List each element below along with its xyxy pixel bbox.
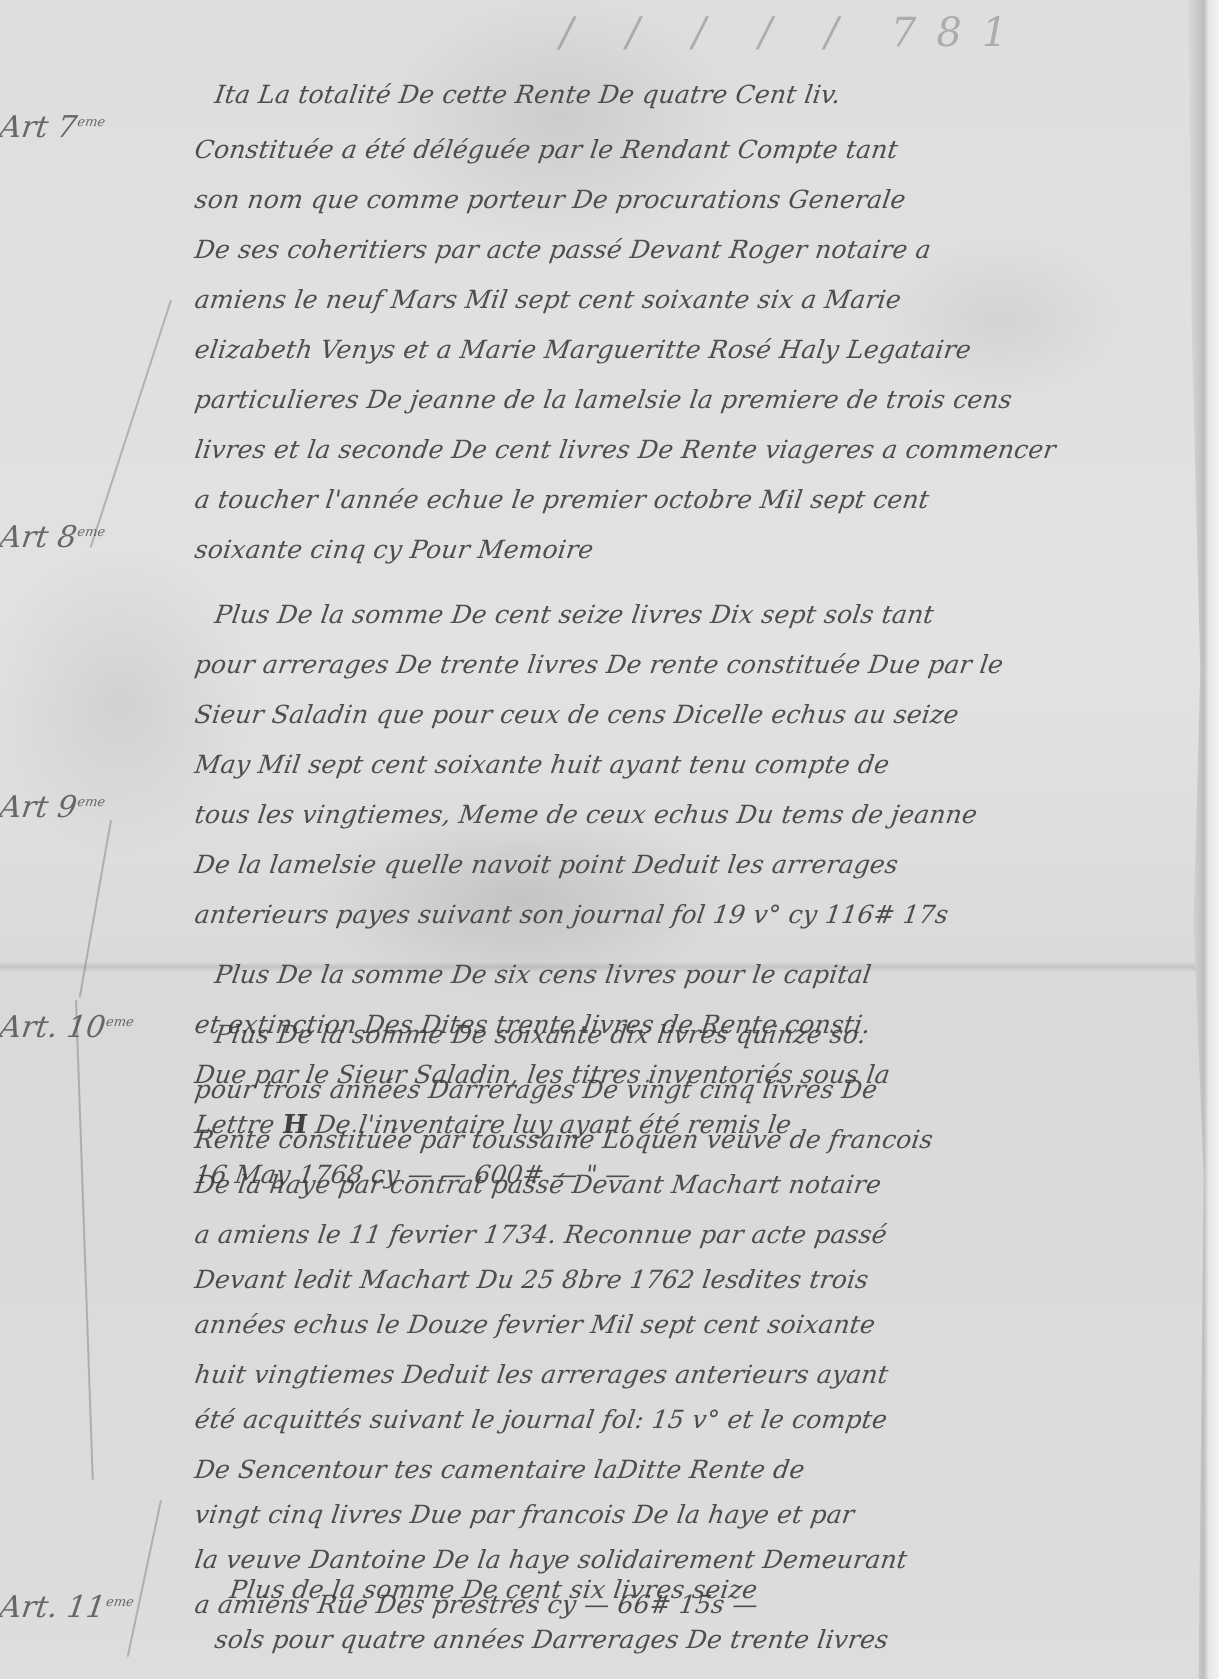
article-10-line: huit vingtiemes Deduit les arrerages ant… [193,1360,890,1389]
article-10-line: a amiens le 11 fevrier 1734. Reconnue pa… [193,1220,889,1249]
pencil-stroke [127,1500,162,1657]
margin-note-sup: eme [76,525,106,540]
article-7-line: Ita La totalité De cette Rente De quatre… [213,80,843,109]
article-7-line: elizabeth Venys et a Marie Margueritte R… [193,335,973,364]
article-11-line: Plus de la somme De cent six livres seiz… [228,1575,759,1604]
margin-note-text: Art 8 [0,520,79,555]
article-8-line: pour arrerages De trente livres De rente… [193,650,1005,679]
article-10-line: été acquittés suivant le journal fol: 15… [193,1405,889,1434]
article-8-line: tous les vingtiemes, Meme de ceux echus … [193,800,979,829]
margin-note-art11: Art. 11eme [0,1590,135,1625]
pencil-stroke [90,300,172,548]
article-7-line: De ses coheritiers par acte passé Devant… [193,235,933,264]
manuscript-page: / / / / / 781 Art 7emeArt 8emeArt 9emeAr… [0,0,1219,1679]
margin-note-art10: Art. 10eme [0,1010,135,1045]
torn-right-edge [1185,0,1219,1679]
article-9-line: Plus De la somme De six cens livres pour… [213,960,873,989]
faint-top-marks: / / / / / 781 [560,10,1027,56]
article-8-line: Plus De la somme De cent seize livres Di… [213,600,936,629]
margin-note-art8: Art 8eme [0,520,107,555]
article-10-line: De la haye par contrat passé Devant Mach… [193,1170,883,1199]
margin-note-text: Art. 10 [0,1010,108,1045]
article-10-line: Plus De la somme De soixante dix livres … [213,1020,868,1049]
article-10-line: Rente constituée par toussaine Loquen ve… [193,1125,935,1154]
article-7-line: a toucher l'année echue le premier octob… [193,485,931,514]
margin-note-text: Art. 11 [0,1590,108,1625]
margin-note-text: Art 7 [0,110,79,145]
article-7-line: Constituée a été déléguée par le Rendant… [193,135,900,164]
article-7-line: soixante cinq cy Pour Memoire [193,535,596,564]
article-10-line: De Sencentour tes camentaire laDitte Ren… [193,1455,807,1484]
margin-note-sup: eme [105,1015,135,1030]
article-8-line: De la lamelsie quelle navoit point Dedui… [193,850,900,879]
article-10-line: vingt cinq livres Due par francois De la… [193,1500,856,1529]
margin-note-sup: eme [105,1595,135,1610]
article-10-line: la veuve Dantoine De la haye solidaireme… [193,1545,909,1574]
article-10-line: années echus le Douze fevrier Mil sept c… [193,1310,877,1339]
article-7-line: amiens le neuf Mars Mil sept cent soixan… [193,285,903,314]
article-8-line: anterieurs payes suivant son journal fol… [193,900,950,929]
article-10-line: Devant ledit Machart Du 25 8bre 1762 les… [193,1265,871,1294]
article-11-line: sols pour quatre années Darrerages De tr… [213,1625,890,1654]
margin-note-art9: Art 9eme [0,790,107,825]
article-8-line: May Mil sept cent soixante huit ayant te… [193,750,891,779]
margin-note-text: Art 9 [0,790,79,825]
article-7-line: particulieres De jeanne de la lamelsie l… [193,385,1014,414]
margin-note-art7: Art 7eme [0,110,107,145]
pencil-stroke [75,1000,94,1480]
article-7-line: livres et la seconde De cent livres De R… [193,435,1058,464]
margin-note-sup: eme [76,795,106,810]
article-8-line: Sieur Saladin que pour ceux de cens Dice… [193,700,961,729]
article-10-line: pour trois années Darrerages De vingt ci… [193,1075,879,1104]
margin-note-sup: eme [76,115,106,130]
article-7-line: son nom que comme porteur De procuration… [193,185,908,214]
